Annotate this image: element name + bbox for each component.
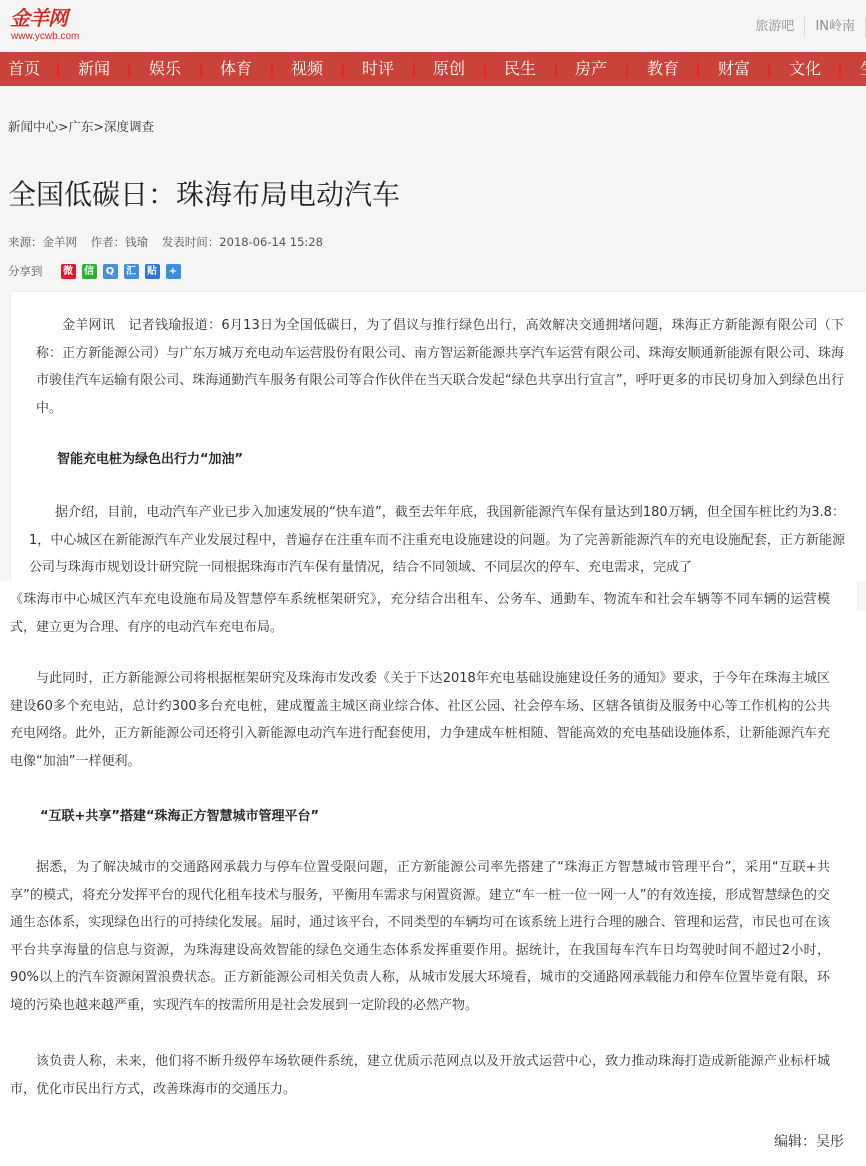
breadcrumb-guangdong[interactable]: 广东 — [69, 119, 94, 134]
main-nav: 首页 新闻 娱乐 体育 视频 时评 原创 民生 房产 教育 财富 文化 生 — [0, 52, 866, 86]
article-paragraph: 该负责人称，未来，他们将不断升级停车场软硬件系统，建立优质示范网点以及开放式运营… — [10, 1048, 830, 1103]
logo-url: www.ycwb.com — [11, 32, 79, 42]
site-logo[interactable]: 金羊网 www.ycwb.com — [10, 6, 100, 44]
nav-item-life[interactable]: 生 — [860, 52, 866, 86]
breadcrumb-separator: > — [58, 119, 68, 134]
nav-separator — [697, 63, 699, 77]
nav-item-video[interactable]: 视频 — [291, 52, 323, 86]
nav-separator — [484, 63, 486, 77]
nav-item-finance[interactable]: 财富 — [718, 52, 750, 86]
top-header: 金羊网 www.ycwb.com 旅游吧 IN岭南 — [0, 0, 866, 52]
logo-mark: 金羊网 — [10, 6, 67, 30]
breadcrumb-separator: > — [94, 119, 104, 134]
nav-separator — [413, 63, 415, 77]
breadcrumb-investigation[interactable]: 深度调查 — [104, 119, 154, 134]
nav-item-realestate[interactable]: 房产 — [575, 52, 607, 86]
nav-item-commentary[interactable]: 时评 — [362, 52, 394, 86]
top-link-in-lingnan[interactable]: IN岭南 — [805, 17, 866, 37]
nav-separator — [555, 63, 557, 77]
breadcrumb: 新闻中心>广东>深度调查 — [8, 118, 154, 136]
nav-item-news[interactable]: 新闻 — [78, 52, 110, 86]
nav-separator — [342, 63, 344, 77]
share-bar: 分享到 微 信 Q 汇 贴 + — [8, 262, 187, 280]
nav-item-original[interactable]: 原创 — [433, 52, 465, 86]
article-author: 作者：钱瑜 — [91, 235, 149, 249]
article-paragraph: 据介绍，目前，电动汽车产业已步入加速发展的“快车道”，截至去年年底，我国新能源汽… — [29, 499, 845, 582]
article-paragraph: 据悉，为了解决城市的交通路网承载力与停车位置受限问题，正方新能源公司率先搭建了“… — [10, 854, 830, 1019]
nav-separator — [128, 63, 130, 77]
article-paragraph: 《珠海市中心城区汽车充电设施布局及智慧停车系统框架研究》，充分结合出租车、公务车… — [10, 586, 830, 641]
article-meta: 来源：金羊网 作者：钱瑜 发表时间：2018-06-14 15:28 — [8, 234, 333, 250]
more-share-icon[interactable]: + — [166, 264, 181, 279]
weibo-icon[interactable]: 微 — [61, 264, 76, 279]
article-body-lower: 《珠海市中心城区汽车充电设施布局及智慧停车系统框架研究》，充分结合出租车、公务车… — [0, 581, 866, 1166]
qq-icon[interactable]: Q — [103, 264, 118, 279]
article-source: 来源：金羊网 — [8, 235, 77, 249]
nav-separator — [200, 63, 202, 77]
nav-item-education[interactable]: 教育 — [647, 52, 679, 86]
nav-separator — [768, 63, 770, 77]
page-edge — [857, 581, 866, 611]
nav-item-entertainment[interactable]: 娱乐 — [149, 52, 181, 86]
top-links: 旅游吧 IN岭南 — [745, 16, 866, 38]
nav-item-sports[interactable]: 体育 — [220, 52, 252, 86]
top-link-lvyouba[interactable]: 旅游吧 — [745, 17, 805, 37]
breadcrumb-news-center[interactable]: 新闻中心 — [8, 119, 58, 134]
article-published-time: 发表时间：2018-06-14 15:28 — [162, 235, 323, 249]
wechat-icon[interactable]: 信 — [82, 264, 97, 279]
article-body-upper: 金羊网讯 记者钱瑜报道：6月13日为全国低碳日，为了倡议与推行绿色出行，高效解决… — [10, 291, 866, 581]
nav-separator — [57, 63, 59, 77]
article-paragraph: 与此同时，正方新能源公司将根据框架研究及珠海市发改委《关于下达2018年充电基础… — [10, 665, 830, 775]
article-subheading: “互联+共享”搭建“珠海正方智慧城市管理平台” — [40, 807, 319, 827]
nav-separator — [839, 63, 841, 77]
article-subheading: 智能充电桩为绿色出行力“加油” — [57, 450, 243, 470]
article-paragraph: 金羊网讯 记者钱瑜报道：6月13日为全国低碳日，为了倡议与推行绿色出行，高效解决… — [36, 312, 844, 422]
share-label: 分享到 — [8, 263, 43, 279]
article-editor: 编辑：吴彤 — [774, 1132, 844, 1152]
nav-item-culture[interactable]: 文化 — [789, 52, 821, 86]
nav-item-livelihood[interactable]: 民生 — [504, 52, 536, 86]
nav-item-home[interactable]: 首页 — [8, 52, 40, 86]
tieba-icon[interactable]: 贴 — [145, 264, 160, 279]
article-title: 全国低碳日：珠海布局电动汽车 — [8, 175, 400, 215]
nav-separator — [626, 63, 628, 77]
nav-separator — [271, 63, 273, 77]
qzone-icon[interactable]: 汇 — [124, 264, 139, 279]
